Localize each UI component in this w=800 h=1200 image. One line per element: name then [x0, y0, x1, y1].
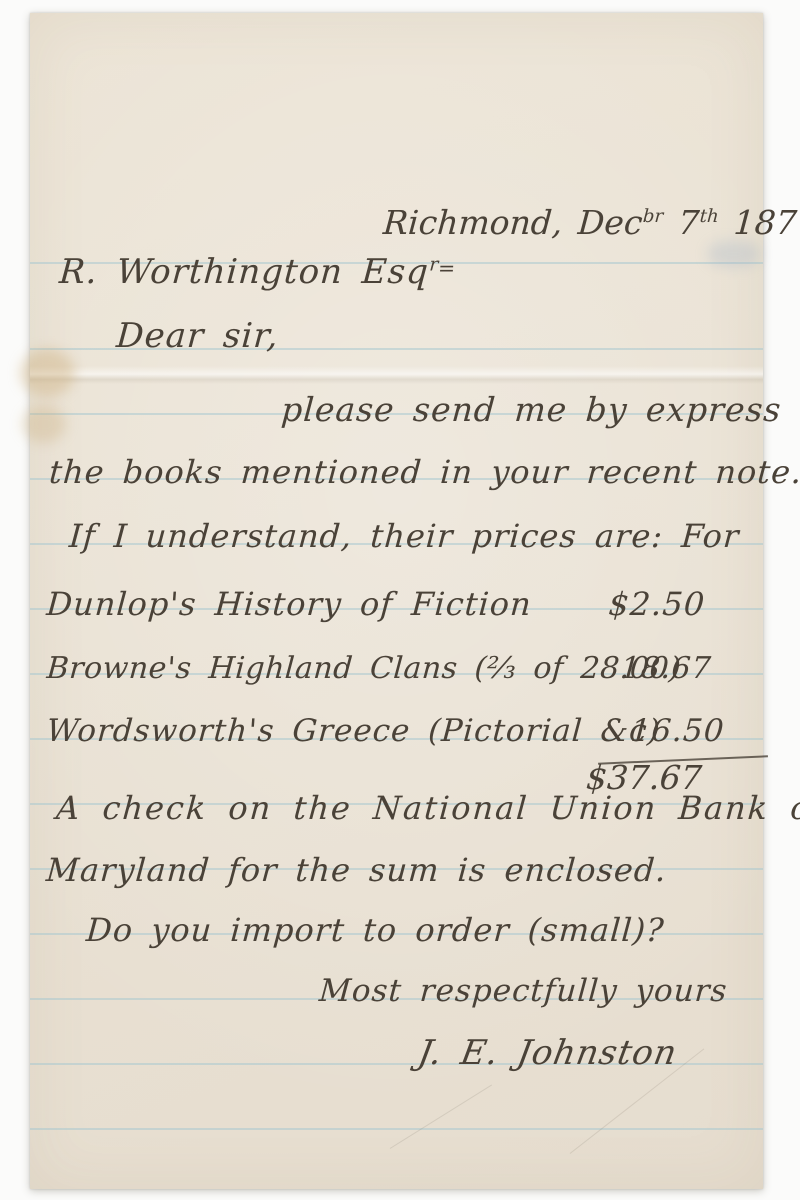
signature: J. E. Johnston [415, 1033, 680, 1073]
paper-scratch [390, 1084, 492, 1148]
recipient-flourish: = [437, 256, 456, 280]
book-title: Dunlop's History of Fiction [45, 585, 533, 623]
salutation: Dear sir, [115, 316, 280, 356]
ink-smudge [708, 241, 760, 267]
body-line-2: the books mentioned in your recent note. [48, 453, 800, 491]
ruled-line [30, 1128, 763, 1130]
foxing-stain [20, 349, 75, 397]
body-line-4: A check on the National Union Bank of [55, 789, 800, 827]
book-price: $2.50 [607, 585, 706, 623]
book-title: Wordsworth's Greece (Pictorial &c) [45, 713, 661, 749]
dateline: Richmond, Decbr 7th 1877 [382, 203, 800, 242]
book-price: 16.50 [629, 713, 725, 749]
recipient-line: R. Worthington Esqr= [58, 252, 456, 292]
body-line-1: please send me by express [280, 390, 783, 429]
dateline-month-superscript: br [642, 206, 664, 227]
recipient-name: R. Worthington Esq [58, 252, 430, 292]
postscript-question: Do you import to order (small)? [85, 911, 666, 949]
body-line-5: Maryland for the sum is enclosed. [45, 851, 668, 889]
letter-paper: Richmond, Decbr 7th 1877 R. Worthington … [30, 13, 763, 1189]
dateline-day: 7 [661, 203, 700, 242]
closing-line: Most respectfully yours [318, 973, 729, 1009]
dateline-place: Richmond, Dec [382, 203, 644, 242]
body-line-3: If I understand, their prices are: For [68, 517, 741, 555]
dateline-year: 1877 [717, 203, 800, 242]
book-price: 18.67 [620, 651, 713, 686]
foxing-stain [22, 405, 66, 443]
fold-crease [30, 366, 763, 384]
dateline-day-superscript: th [699, 206, 719, 227]
book-title: Browne's Highland Clans (⅔ of 28.00) [46, 651, 683, 686]
